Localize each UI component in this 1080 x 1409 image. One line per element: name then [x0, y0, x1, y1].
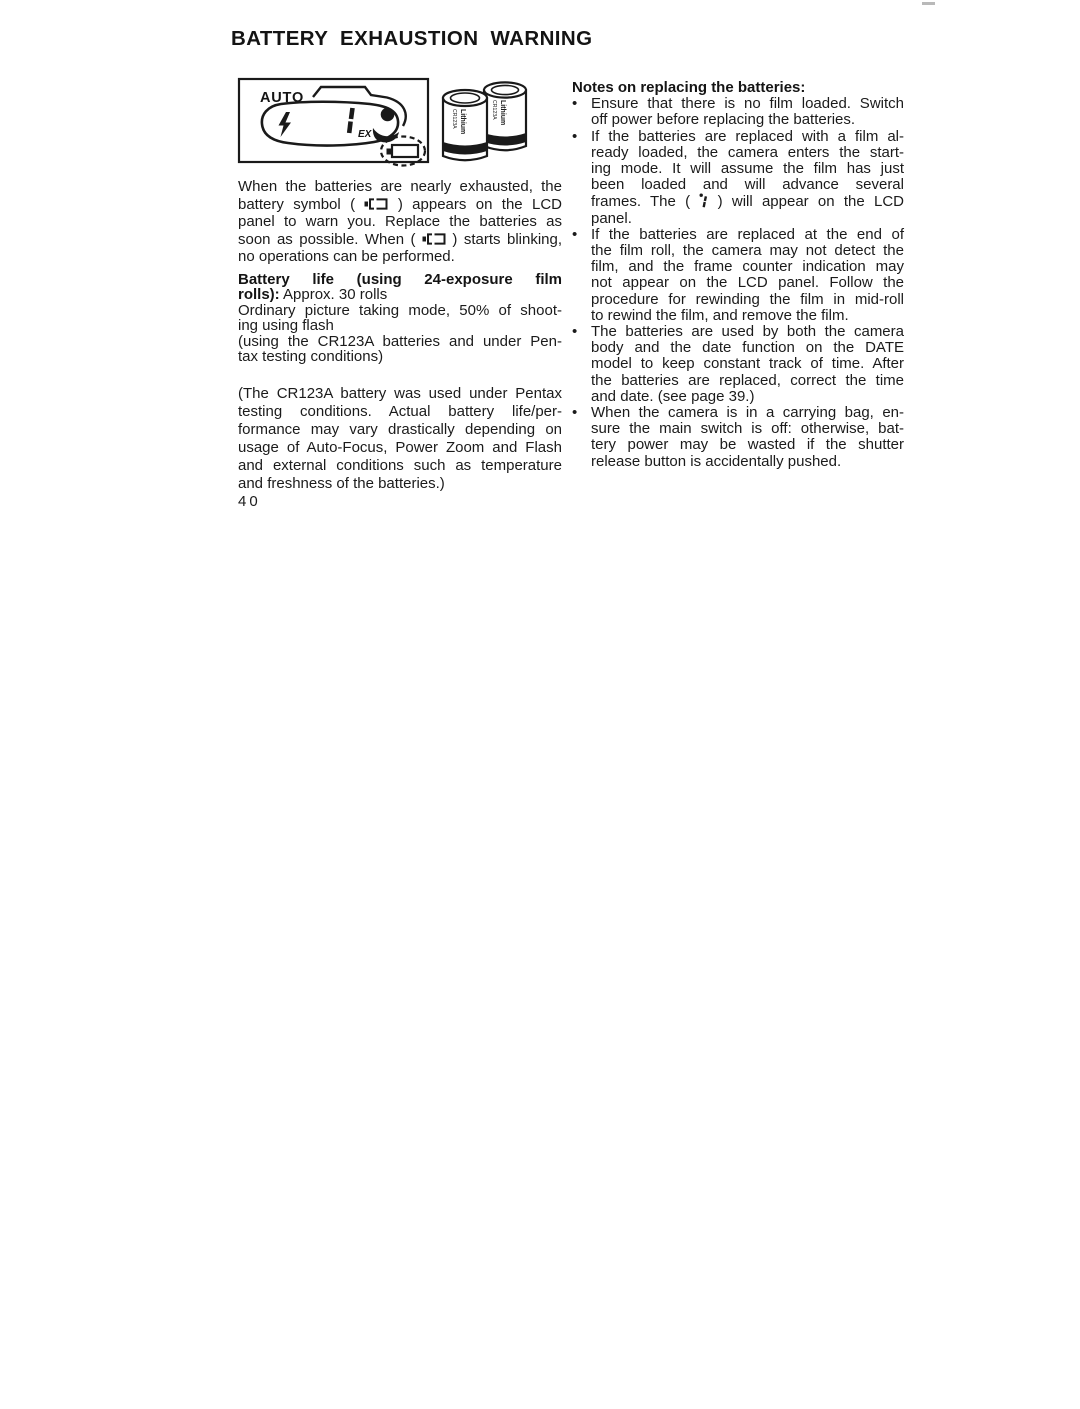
lcd-ex-label: EX	[358, 129, 373, 140]
battery-warning-figure: AUTO EX	[236, 76, 536, 168]
lithium-battery-left: Lithium CR123A	[443, 90, 487, 160]
note-bullet-date-function: • The batteries are used by both the cam…	[572, 324, 904, 405]
lcd-frame-digit-1-lower	[349, 122, 350, 134]
bullet-text: The batteries are used by both the camer…	[591, 324, 904, 405]
svg-text:Lithium: Lithium	[499, 100, 506, 125]
testing-note-paragraph: (The CR123A battery was used under Penta…	[238, 385, 562, 493]
bullet-marker: •	[572, 129, 591, 227]
battery-life-usage: Ordinary picture taking mode, 50% of sho…	[238, 303, 562, 334]
battery-symbol-icon	[364, 198, 388, 210]
svg-text:Lithium: Lithium	[459, 109, 466, 134]
manual-page: BATTERY EXHAUSTION WARNING AUTO EX	[0, 0, 1080, 1409]
scan-artifact-dash	[922, 2, 935, 5]
bullet-text: If the batteries are replaced with a fil…	[591, 129, 904, 227]
note-bullet-film-loaded: • If the batteries are replaced with a f…	[572, 129, 904, 227]
battery-life-conditions: (using the CR123A batteries and under Pe…	[238, 334, 562, 365]
lcd-frame-1-icon	[699, 193, 708, 208]
shutter-release-dot-icon	[381, 108, 395, 122]
bullet-text: When the camera is in a carrying bag, en…	[591, 405, 904, 470]
notes-heading: Notes on replacing the batteries:	[572, 80, 904, 96]
left-column: When the batteries are nearly exhausted,…	[238, 178, 562, 511]
svg-text:CR123A: CR123A	[491, 100, 497, 120]
battery-symbol-icon	[392, 145, 418, 157]
svg-text:CR123A: CR123A	[451, 109, 457, 129]
figure-illustration: AUTO EX	[236, 76, 536, 168]
page-number: 40	[238, 493, 562, 511]
bullet-text: Ensure that there is no film loaded. Swi…	[591, 96, 904, 128]
intro-paragraph: When the batteries are nearly exhausted,…	[238, 178, 562, 266]
lithium-battery-right: Lithium CR123A	[484, 82, 526, 150]
battery-symbol-terminal	[387, 149, 392, 155]
battery-symbol-icon	[422, 233, 446, 245]
battery-life-heading: Battery life (using 24-exposure filmroll…	[238, 272, 562, 303]
lcd-frame-digit-1	[351, 108, 353, 119]
bullet-marker: •	[572, 96, 591, 128]
page-title: BATTERY EXHAUSTION WARNING	[231, 27, 592, 51]
bullet-text: If the batteries are replaced at the end…	[591, 227, 904, 324]
note-bullet-end-of-roll: • If the batteries are replaced at the e…	[572, 227, 904, 324]
note-bullet-no-film: • Ensure that there is no film loaded. S…	[572, 96, 904, 128]
bullet-marker: •	[572, 324, 591, 405]
bullet-marker: •	[572, 227, 591, 324]
bullet-marker: •	[572, 405, 591, 470]
note-bullet-carrying-bag: • When the camera is in a carrying bag, …	[572, 405, 904, 470]
right-column: Notes on replacing the batteries: • Ensu…	[572, 80, 904, 470]
